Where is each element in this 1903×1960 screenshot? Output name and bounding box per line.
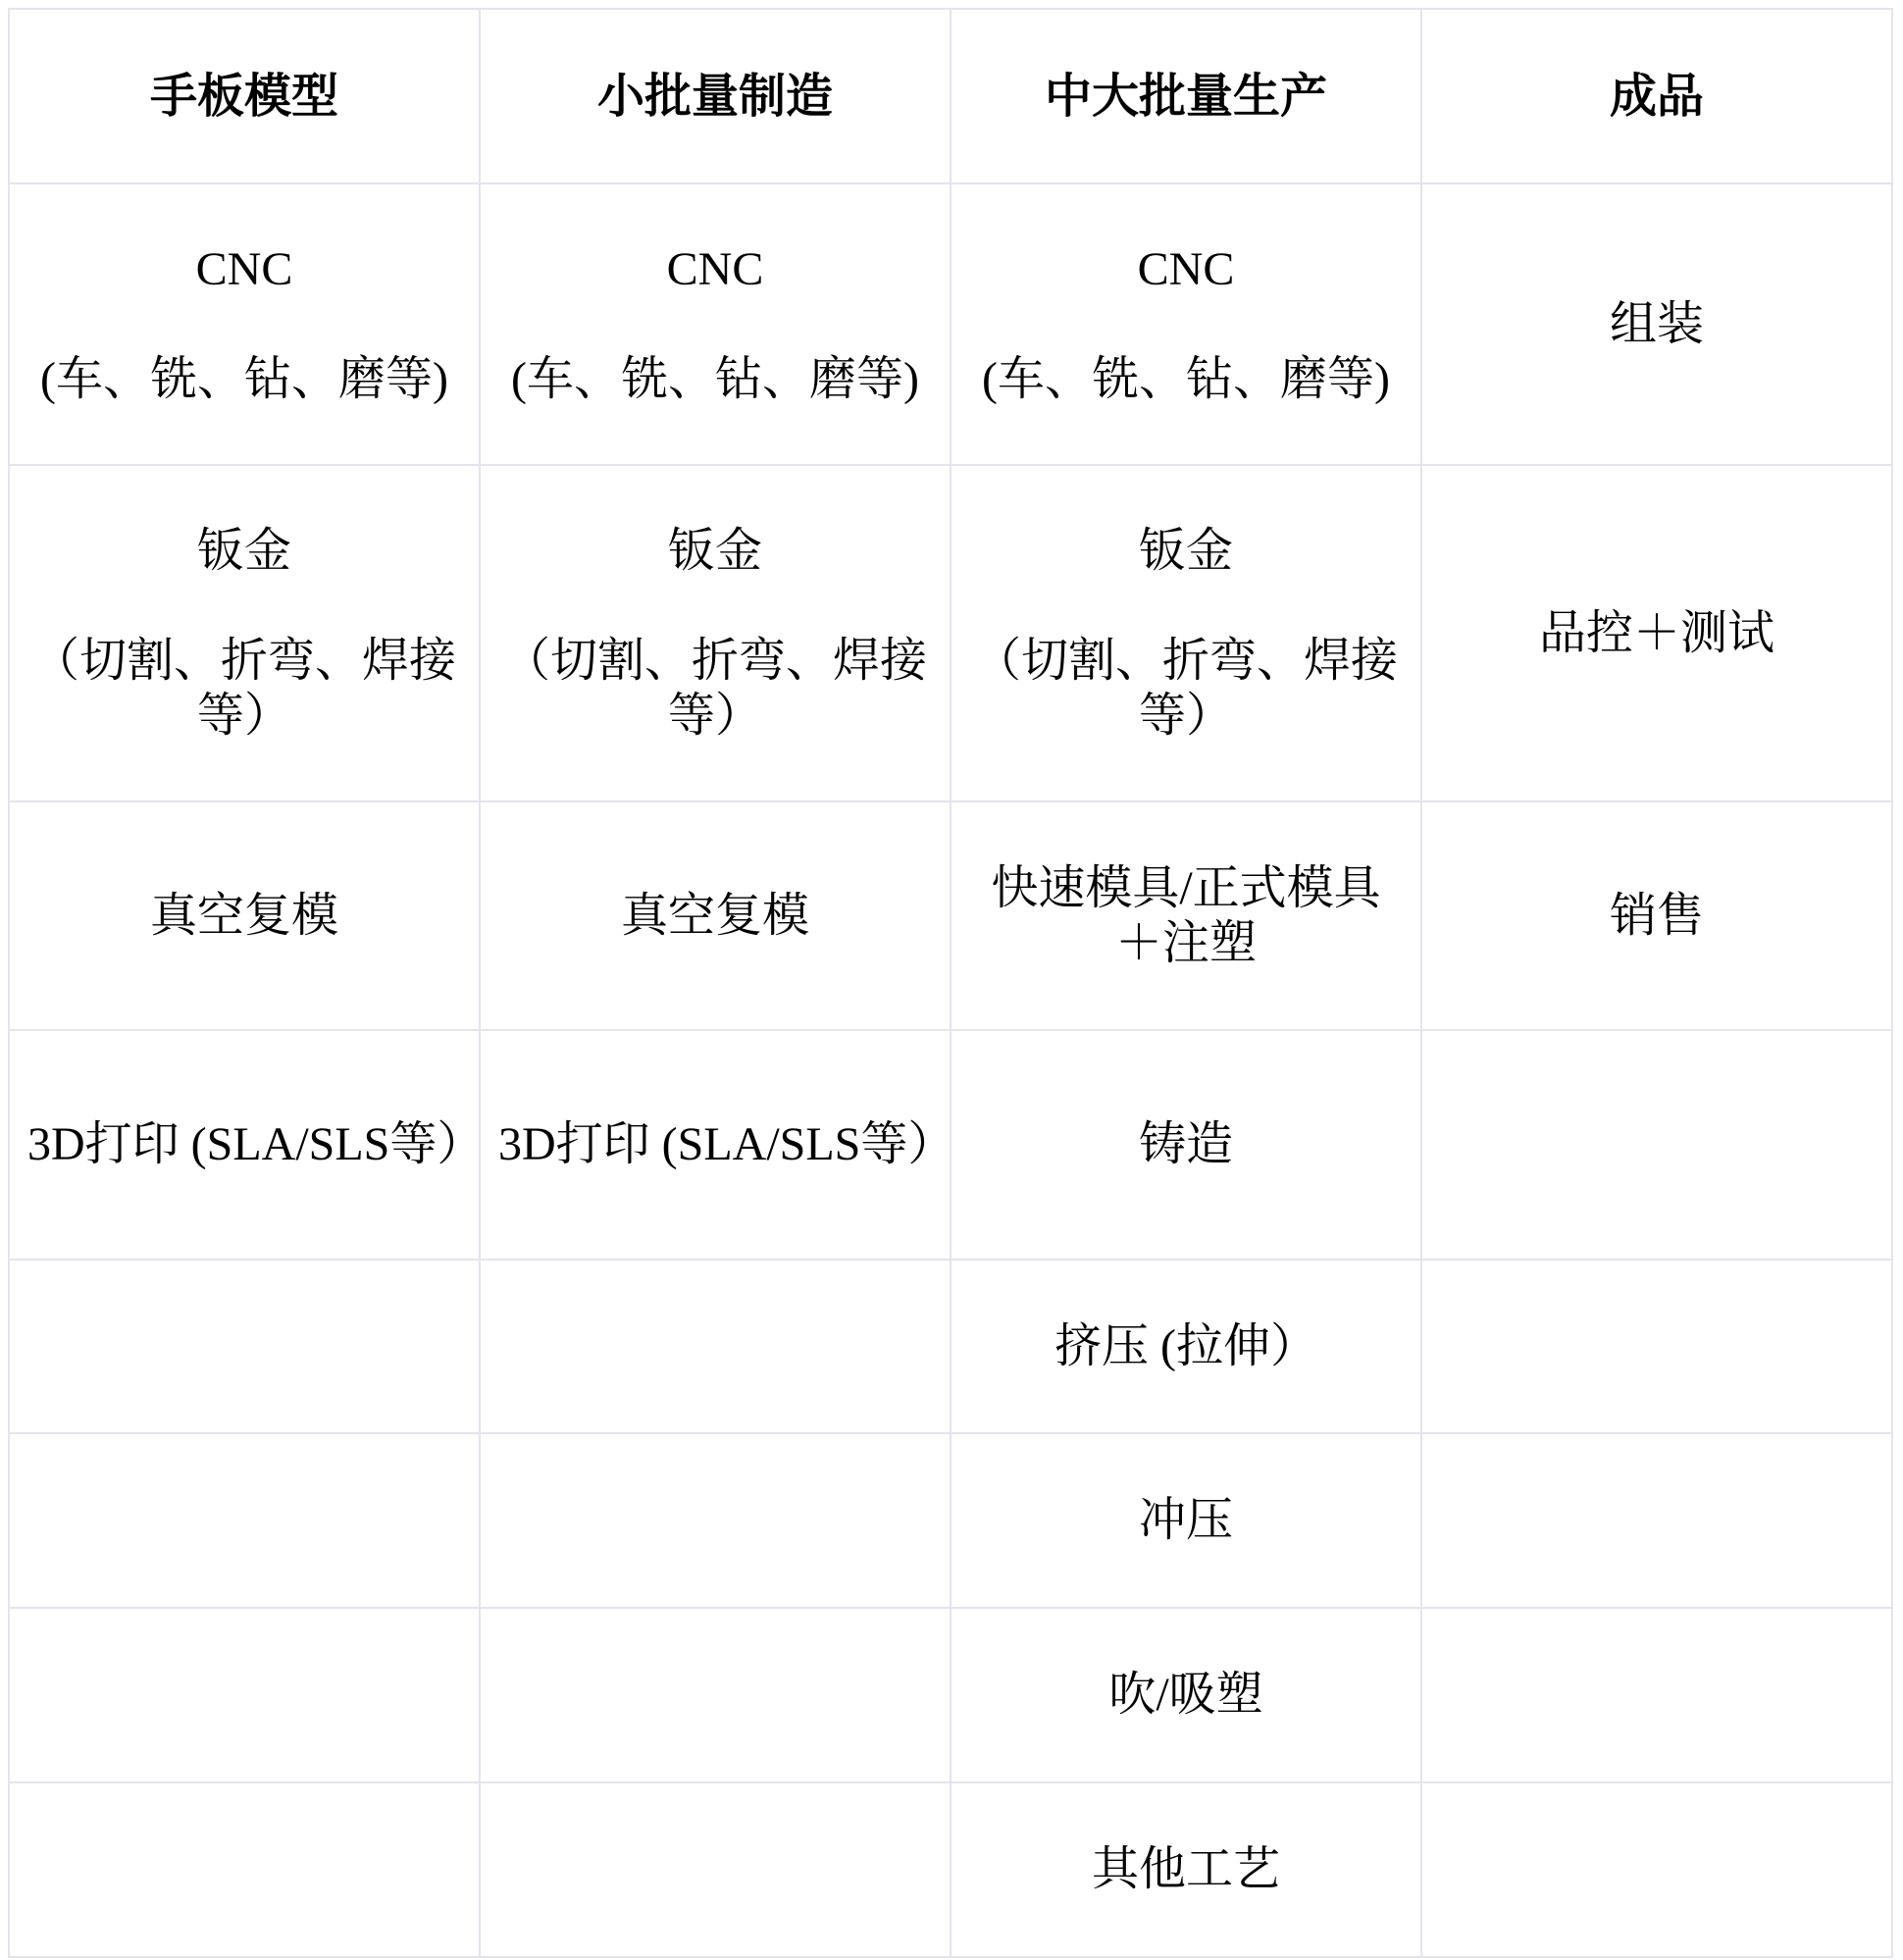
table-cell: 钣金（切割、折弯、焊接等）	[951, 465, 1421, 801]
header-small-batch: 小批量制造	[480, 9, 951, 183]
table-cell: CNC(车、铣、钻、磨等)	[951, 183, 1421, 465]
cell-title: CNC	[27, 242, 461, 297]
table-cell-empty	[1421, 1030, 1892, 1260]
table-row: 吹/吸塑	[9, 1608, 1892, 1782]
cell-title: CNC	[969, 242, 1403, 297]
header-mass-production: 中大批量生产	[951, 9, 1421, 183]
cell-detail: （切割、折弯、焊接等）	[969, 634, 1403, 744]
table-cell-empty	[480, 1433, 951, 1608]
table-row: CNC(车、铣、钻、磨等) CNC(车、铣、钻、磨等) CNC(车、铣、钻、磨等…	[9, 183, 1892, 465]
table-cell: 钣金（切割、折弯、焊接等）	[480, 465, 951, 801]
table-cell-empty	[480, 1260, 951, 1433]
table-cell-empty	[9, 1782, 480, 1957]
cell-title: 品控＋测试	[1440, 606, 1874, 661]
table-cell: CNC(车、铣、钻、磨等)	[480, 183, 951, 465]
table-row: 钣金（切割、折弯、焊接等） 钣金（切割、折弯、焊接等） 钣金（切割、折弯、焊接等…	[9, 465, 1892, 801]
table-cell: 快速模具/正式模具＋注塑	[951, 801, 1421, 1030]
table-cell: CNC(车、铣、钻、磨等)	[9, 183, 480, 465]
cell-detail: (车、铣、钻、磨等)	[969, 352, 1403, 407]
table-cell: 其他工艺	[951, 1782, 1421, 1957]
cell-title: 快速模具/正式模具＋注塑	[969, 861, 1403, 971]
table-cell: 冲压	[951, 1433, 1421, 1608]
cell-detail: （切割、折弯、焊接等）	[27, 634, 461, 744]
table-cell-empty	[9, 1433, 480, 1608]
cell-title: 钣金	[27, 524, 461, 579]
table-row: 挤压 (拉伸）	[9, 1260, 1892, 1433]
cell-title: 真空复模	[498, 889, 932, 944]
table-cell: 3D打印 (SLA/SLS等）	[9, 1030, 480, 1260]
table-cell-empty	[9, 1608, 480, 1782]
table-cell: 真空复模	[9, 801, 480, 1030]
cell-title: 钣金	[498, 524, 932, 579]
cell-title: 吹/吸塑	[969, 1668, 1403, 1723]
manufacturing-process-table: 手板模型 小批量制造 中大批量生产 成品 CNC(车、铣、钻、磨等) CNC(车…	[8, 8, 1893, 1958]
table-cell: 真空复模	[480, 801, 951, 1030]
table-cell: 铸造	[951, 1030, 1421, 1260]
cell-detail: (车、铣、钻、磨等)	[498, 352, 932, 407]
table-cell: 吹/吸塑	[951, 1608, 1421, 1782]
table-cell: 3D打印 (SLA/SLS等）	[480, 1030, 951, 1260]
table-cell-empty	[1421, 1433, 1892, 1608]
table-row: 其他工艺	[9, 1782, 1892, 1957]
cell-title: 3D打印 (SLA/SLS等）	[27, 1117, 461, 1172]
cell-title: 销售	[1440, 889, 1874, 944]
cell-detail: （切割、折弯、焊接等）	[498, 634, 932, 744]
cell-title: 铸造	[969, 1117, 1403, 1172]
table-cell: 品控＋测试	[1421, 465, 1892, 801]
header-row: 手板模型 小批量制造 中大批量生产 成品	[9, 9, 1892, 183]
cell-title: 真空复模	[27, 889, 461, 944]
header-finished-product: 成品	[1421, 9, 1892, 183]
table-row: 冲压	[9, 1433, 1892, 1608]
cell-title: 钣金	[969, 524, 1403, 579]
table-cell-empty	[480, 1782, 951, 1957]
cell-title: CNC	[498, 242, 932, 297]
table-cell: 挤压 (拉伸）	[951, 1260, 1421, 1433]
cell-title: 挤压 (拉伸）	[969, 1319, 1403, 1374]
table-cell-empty	[9, 1260, 480, 1433]
cell-title: 组装	[1440, 297, 1874, 352]
table-row: 3D打印 (SLA/SLS等） 3D打印 (SLA/SLS等） 铸造	[9, 1030, 1892, 1260]
cell-title: 其他工艺	[969, 1842, 1403, 1897]
cell-title: 冲压	[969, 1493, 1403, 1548]
table-cell: 组装	[1421, 183, 1892, 465]
table-cell-empty	[1421, 1782, 1892, 1957]
table-cell: 销售	[1421, 801, 1892, 1030]
table-cell-empty	[480, 1608, 951, 1782]
cell-title: 3D打印 (SLA/SLS等）	[498, 1117, 932, 1172]
table-cell: 钣金（切割、折弯、焊接等）	[9, 465, 480, 801]
table-row: 真空复模 真空复模 快速模具/正式模具＋注塑 销售	[9, 801, 1892, 1030]
cell-detail: (车、铣、钻、磨等)	[27, 352, 461, 407]
table-cell-empty	[1421, 1260, 1892, 1433]
header-prototype: 手板模型	[9, 9, 480, 183]
table-cell-empty	[1421, 1608, 1892, 1782]
